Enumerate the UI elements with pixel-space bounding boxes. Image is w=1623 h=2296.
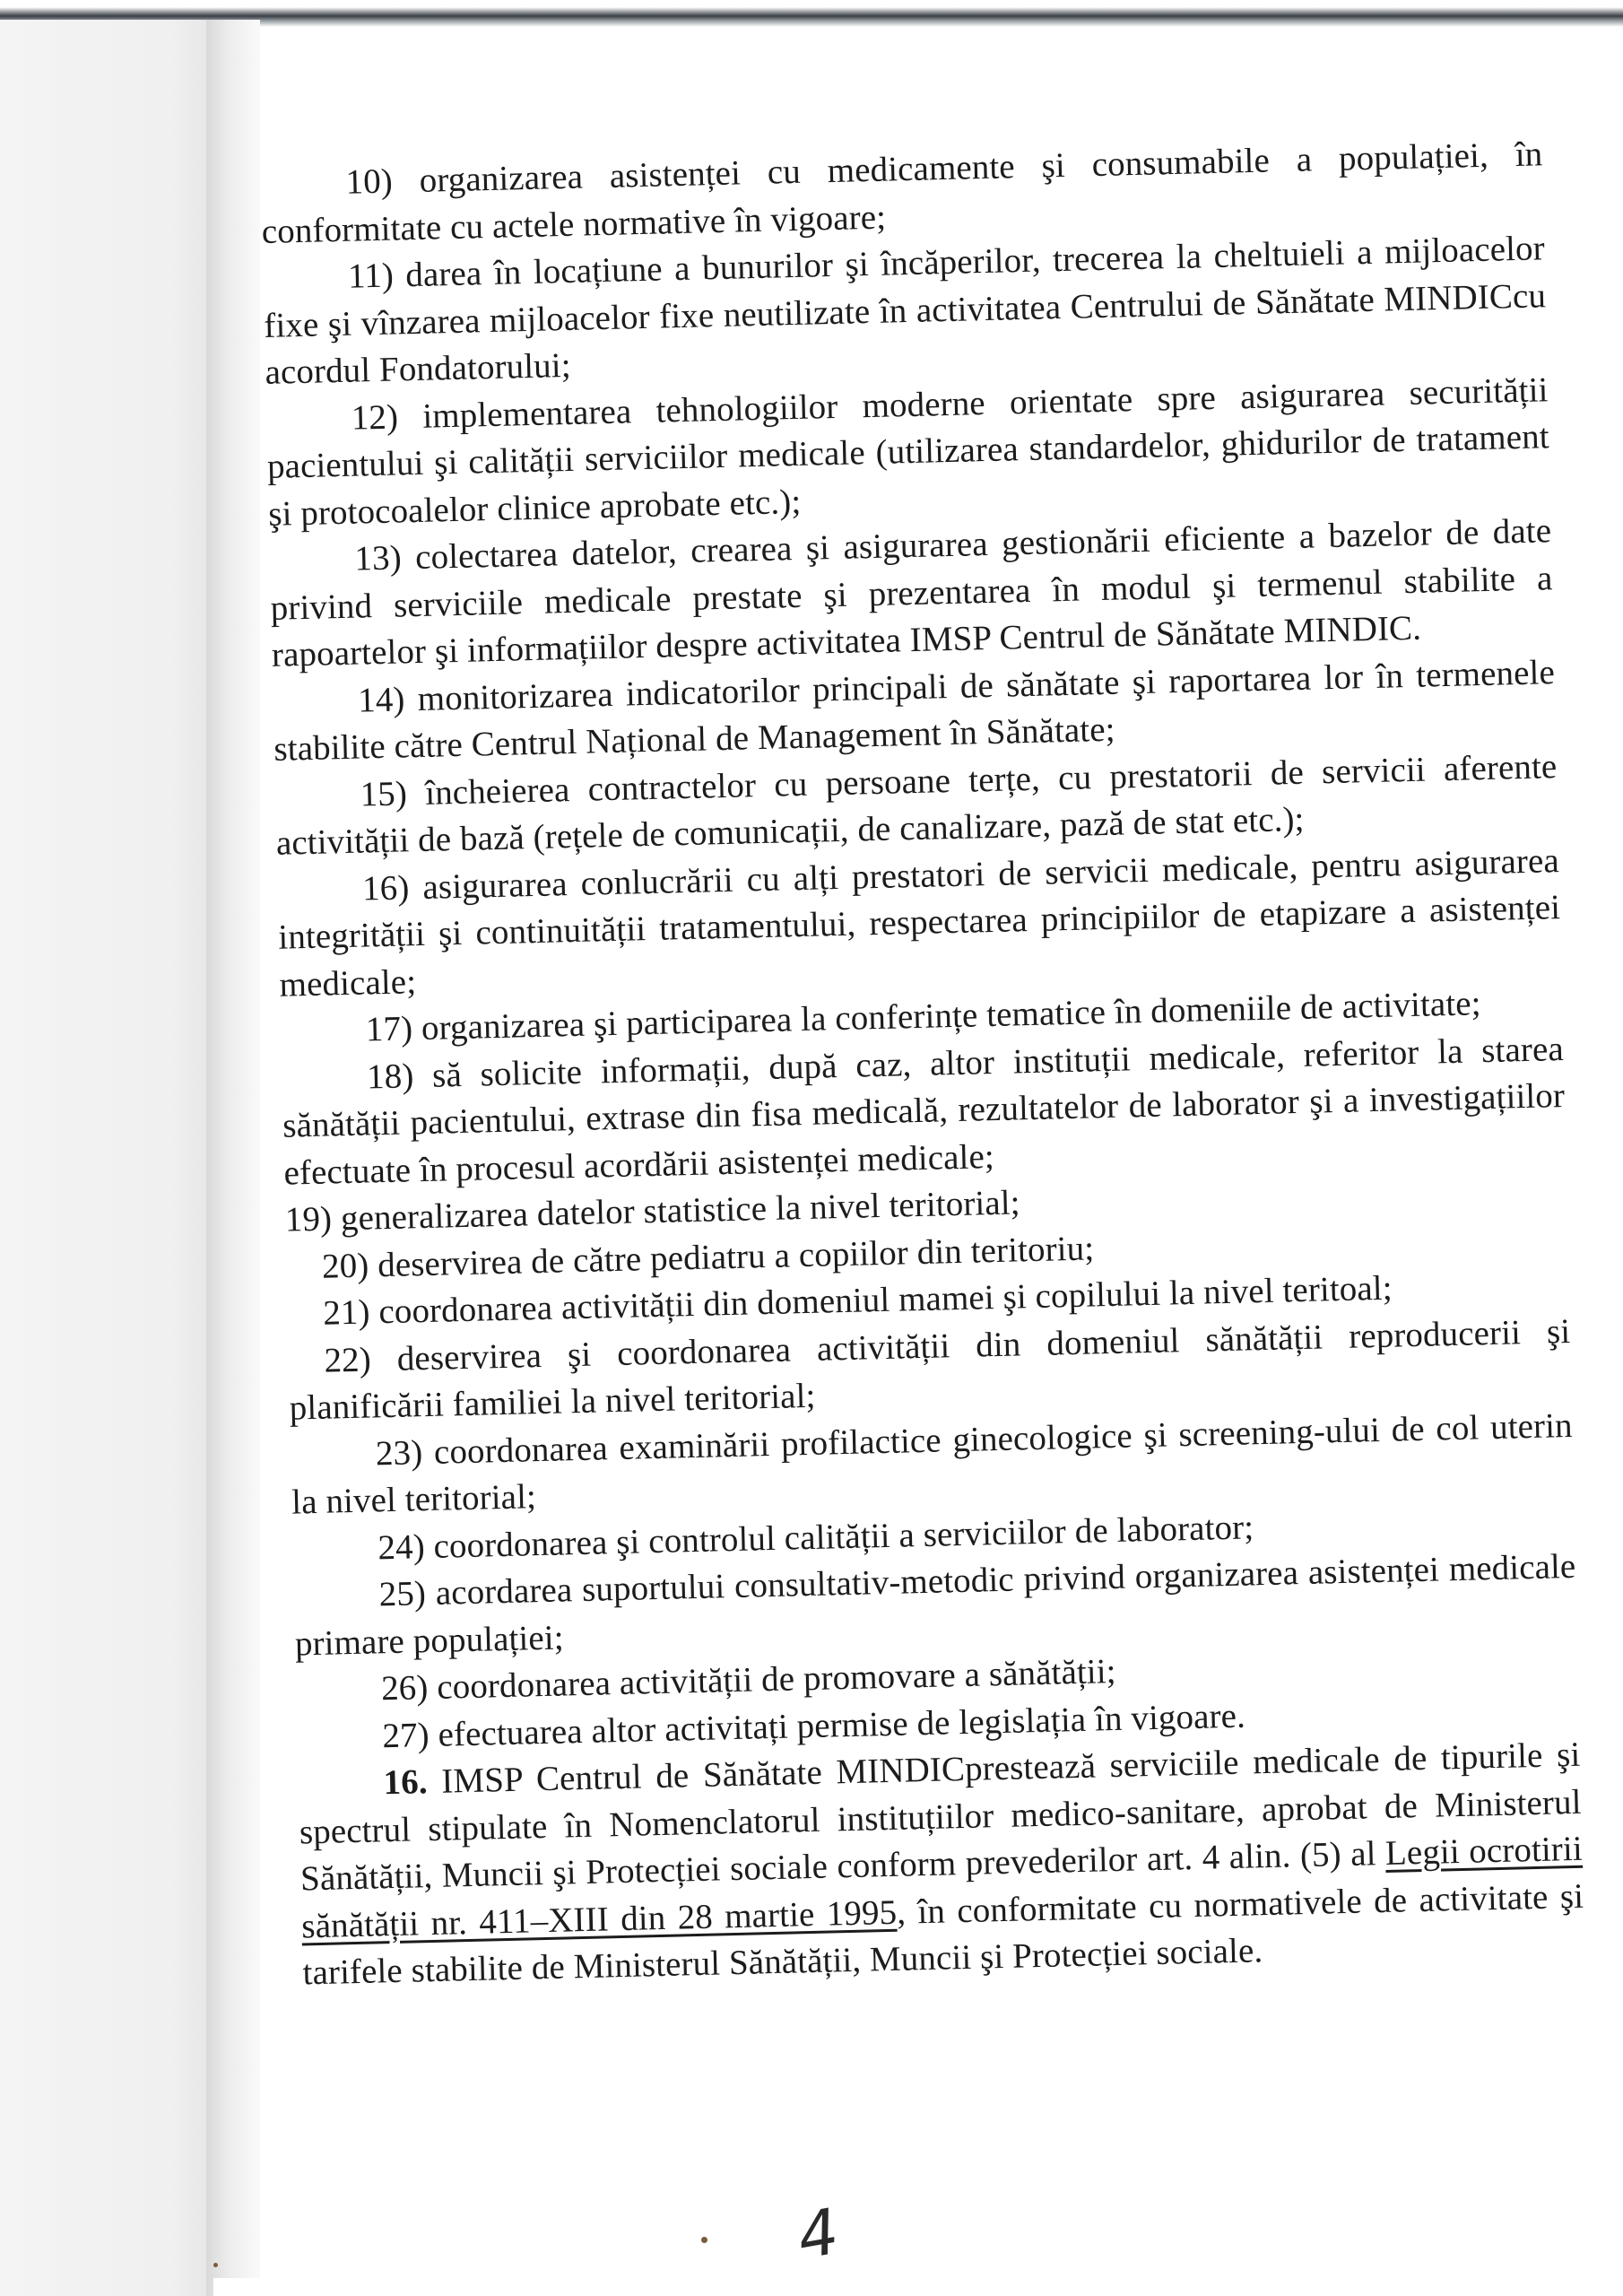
item-number: 24) [378, 1527, 425, 1567]
item-number: 10) [345, 162, 393, 202]
scan-bottom-margin [213, 2278, 1623, 2296]
item-number: 12) [351, 397, 398, 437]
item-number: 19) [284, 1199, 332, 1239]
item-number: 22) [324, 1340, 371, 1379]
facing-page-edge [0, 20, 213, 2296]
item-text: să solicite informații, după caz, altor … [282, 1030, 1566, 1193]
section-text: IMSP Centrul de Sănătate MINDICprestează… [299, 1735, 1582, 1899]
item-number: 26) [381, 1668, 429, 1708]
item-number: 13) [354, 538, 402, 578]
item-text: darea în locațiune a bunurilor şi încăpe… [264, 229, 1547, 392]
item-text: asigurarea conlucrării cu alți prestator… [278, 841, 1561, 1004]
item-number: 15) [360, 774, 407, 813]
item-number: 11) [348, 257, 395, 296]
item-number: 23) [375, 1433, 422, 1473]
item-number: 25) [378, 1574, 426, 1613]
page-number: 4 [792, 2195, 844, 2274]
item-number: 21) [323, 1292, 370, 1332]
item-text: implementarea tehnologiilor moderne orie… [267, 370, 1550, 534]
item-number: 17) [365, 1009, 412, 1048]
item-number: 18) [367, 1057, 414, 1096]
item-number: 14) [358, 680, 405, 719]
book-spine-shadow [206, 20, 260, 2296]
item-number: 27) [382, 1716, 430, 1755]
item-number: 16) [362, 868, 410, 908]
ink-dot [213, 2263, 218, 2267]
item-text: colectarea datelor, crearea şi asigurare… [270, 511, 1553, 674]
ink-dot [701, 2237, 707, 2243]
section-number: 16. [383, 1762, 428, 1802]
section-16: 16. IMSP Centrul de Sănătate MINDICprest… [298, 1732, 1585, 1997]
document-page: 10) organizarea asistenței cu medicament… [260, 131, 1585, 1997]
item-number: 20) [322, 1246, 369, 1285]
